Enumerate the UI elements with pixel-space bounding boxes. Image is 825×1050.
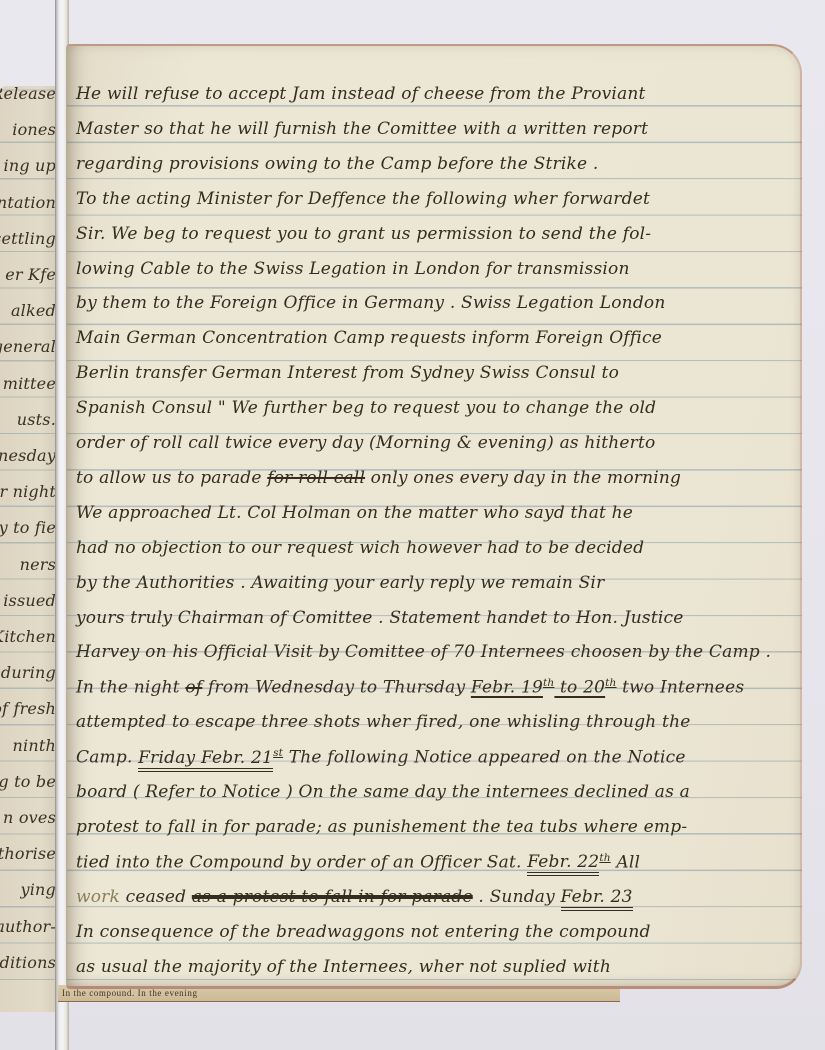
margin-fragment: es general: [0, 337, 56, 356]
margin-fragment: alked: [11, 301, 56, 320]
handwriting-line: protest to fall in for parade; as punish…: [76, 817, 687, 837]
margin-fragment: uthorise: [0, 844, 56, 863]
diary-page: He will refuse to accept Jam instead of …: [66, 44, 802, 989]
handwriting-line: In consequence of the breadwaggons not e…: [76, 922, 651, 942]
margin-fragments: t Releaseionesing upentationof settlinge…: [0, 86, 58, 1012]
handwriting-line: lowing Cable to the Swiss Legation in Lo…: [76, 259, 630, 279]
handwriting-line: Berlin transfer German Interest from Syd…: [76, 363, 619, 383]
handwriting-line: regarding provisions owing to the Camp b…: [76, 154, 598, 174]
margin-fragment: er Kfe: [5, 265, 56, 284]
margin-fragment: ners: [20, 555, 56, 574]
handwriting-line: Master so that he will furnish the Comit…: [76, 119, 648, 139]
handwriting-line: Spanish Consul " We further beg to reque…: [76, 398, 656, 418]
margin-fragment: ditions: [0, 953, 56, 972]
margin-fragment: of Kitchen: [0, 627, 56, 646]
handwriting-line: To the acting Minister for Deffence the …: [76, 189, 650, 209]
handwriting-line: attempted to escape three shots wher fir…: [76, 712, 690, 732]
margin-fragment: iones: [12, 120, 56, 139]
handwriting-line: We approached Lt. Col Holman on the matt…: [76, 503, 633, 523]
margin-fragment: of fresh: [0, 699, 56, 718]
handwriting-line: He will refuse to accept Jam instead of …: [76, 84, 646, 104]
margin-fragment: ing up: [4, 156, 57, 175]
handwriting-line: Main German Concentration Camp requests …: [76, 328, 662, 348]
margin-fragment: entation: [0, 193, 56, 212]
handwriting-line: Sir. We beg to request you to grant us p…: [76, 224, 651, 244]
margin-fragment: n oves: [3, 808, 56, 827]
handwriting-line: by them to the Foreign Office in Germany…: [76, 293, 666, 313]
margin-fragment: ver night: [0, 482, 56, 501]
handwriting-line: by the Authorities . Awaiting your early…: [76, 573, 604, 593]
book-scan: { "document": { "kind": "handwritten dia…: [0, 0, 825, 1050]
margin-fragment: nesday: [0, 446, 56, 465]
handwriting-line: work ceased as a protest to fall in for …: [76, 887, 633, 907]
margin-fragment: try to fie: [0, 518, 56, 537]
handwriting-line: board ( Refer to Notice ) On the same da…: [76, 782, 690, 802]
margin-fragment: d author-: [0, 917, 56, 936]
margin-fragment: ing to be: [0, 772, 56, 791]
handwriting-line: had no objection to our request wich how…: [76, 538, 644, 558]
margin-fragment: t Release: [0, 86, 56, 103]
handwriting-line: to allow us to parade for roll call only…: [76, 468, 681, 488]
handwriting-line: order of roll call twice every day (Morn…: [76, 433, 655, 453]
margin-fragment: ninth: [13, 736, 56, 755]
previous-page-edge: t Releaseionesing upentationof settlinge…: [0, 86, 58, 1012]
handwriting-line: yours truly Chairman of Comittee . State…: [76, 608, 684, 628]
handwriting-line: as usual the majority of the Internees, …: [76, 957, 611, 977]
margin-fragment: usts.: [17, 410, 56, 429]
margin-fragment: mittee: [3, 374, 56, 393]
handwriting-line: Camp. Friday Febr. 21st The following No…: [76, 747, 686, 768]
handwriting-line: In the night of from Wednesday to Thursd…: [76, 677, 744, 698]
handwriting-line: Harvey on his Official Visit by Comittee…: [76, 642, 771, 662]
margin-fragment: ying: [20, 880, 56, 899]
margin-fragment: of settling: [0, 229, 56, 248]
margin-fragment: d during: [0, 663, 56, 682]
handwriting-line: tied into the Compound by order of an Of…: [76, 852, 640, 873]
margin-fragment: issued: [3, 591, 56, 610]
newsprint-strip-text: In the compound. In the evening: [62, 988, 620, 998]
